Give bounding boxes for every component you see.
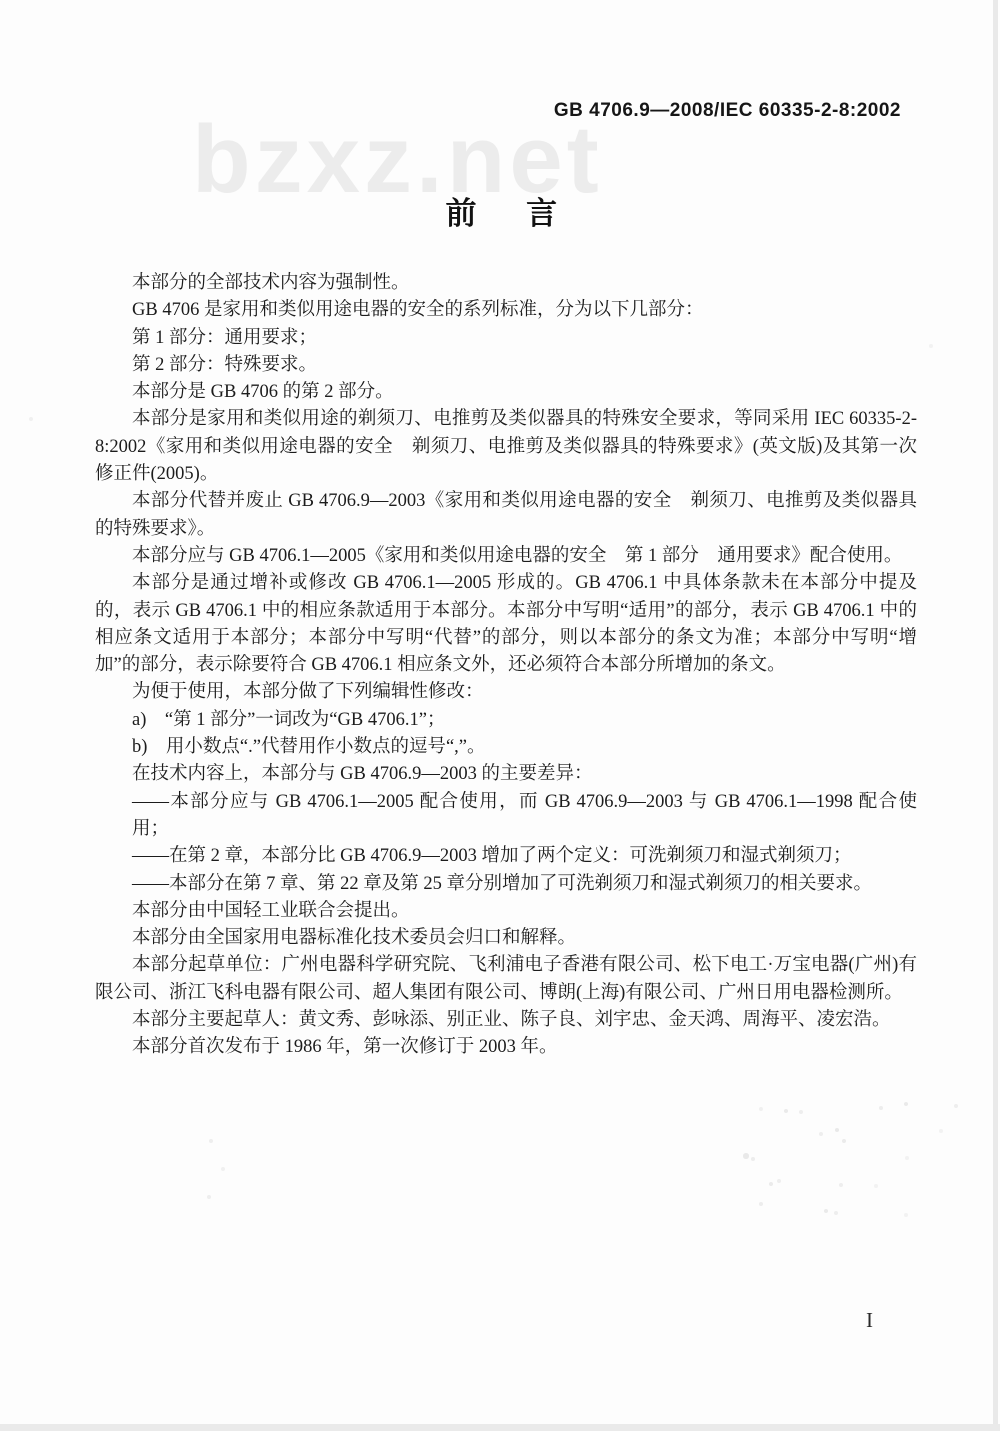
foreword-paragraph: 本部分代替并废止 GB 4706.9—2003《家用和类似用途电器的安全 剃须刀… <box>95 488 917 543</box>
foreword-paragraph: 本部分首次发布于 1986 年，第一次修订于 2003 年。 <box>95 1034 917 1061</box>
scan-noise <box>0 0 2 2</box>
foreword-paragraph: 本部分由中国轻工业联合会提出。 <box>95 898 917 925</box>
foreword-paragraph: 本部分是家用和类似用途的剃须刀、电推剪及类似器具的特殊安全要求，等同采用 IEC… <box>95 406 917 488</box>
standard-code: GB 4706.9—2008/IEC 60335-2-8:2002 <box>95 100 901 122</box>
foreword-paragraph: 在技术内容上，本部分与 GB 4706.9—2003 的主要差异： <box>95 761 917 788</box>
page-number: I <box>866 1308 873 1333</box>
document-page: bzxz.net GB 4706.9—2008/IEC 60335-2-8:20… <box>0 0 1000 1431</box>
foreword-list-item-b: b) 用小数点“.”代替用作小数点的逗号“,”。 <box>95 734 917 761</box>
foreword-paragraph: 本部分由全国家用电器标准化技术委员会归口和解释。 <box>95 925 917 952</box>
page-edge-shadow-bottom <box>0 1424 1000 1431</box>
foreword-paragraph: 本部分是通过增补或修改 GB 4706.1—2005 形成的。GB 4706.1… <box>95 570 917 679</box>
page-title: 前 言 <box>95 188 917 233</box>
foreword-paragraph: 第 1 部分：通用要求； <box>95 325 917 352</box>
foreword-paragraph: 本部分起草单位：广州电器科学研究院、飞利浦电子香港有限公司、松下电工·万宝电器(… <box>95 952 917 1007</box>
foreword-paragraph: 本部分主要起草人：黄文秀、彭咏添、别正业、陈子良、刘宇忠、金天鸿、周海平、凌宏浩… <box>95 1007 917 1034</box>
foreword-paragraph: 第 2 部分：特殊要求。 <box>95 352 917 379</box>
foreword-dash-item: ——在第 2 章，本部分比 GB 4706.9—2003 增加了两个定义：可洗剃… <box>95 843 917 870</box>
foreword-body: 本部分的全部技术内容为强制性。 GB 4706 是家用和类似用途电器的安全的系列… <box>95 270 917 1062</box>
foreword-list-item-a: a) “第 1 部分”一词改为“GB 4706.1”； <box>95 707 917 734</box>
foreword-paragraph: 本部分应与 GB 4706.1—2005《家用和类似用途电器的安全 第 1 部分… <box>95 543 917 570</box>
foreword-paragraph: 为便于使用，本部分做了下列编辑性修改： <box>95 679 917 706</box>
foreword-paragraph: 本部分是 GB 4706 的第 2 部分。 <box>95 379 917 406</box>
page-edge-shadow-right <box>993 0 998 1431</box>
foreword-dash-item: ——本部分应与 GB 4706.1—2005 配合使用，而 GB 4706.9—… <box>95 789 917 844</box>
foreword-paragraph: 本部分的全部技术内容为强制性。 <box>95 270 917 297</box>
foreword-paragraph: GB 4706 是家用和类似用途电器的安全的系列标准，分为以下几部分： <box>95 297 917 324</box>
foreword-dash-item: ——本部分在第 7 章、第 22 章及第 25 章分别增加了可洗剃须刀和湿式剃须… <box>95 871 917 898</box>
